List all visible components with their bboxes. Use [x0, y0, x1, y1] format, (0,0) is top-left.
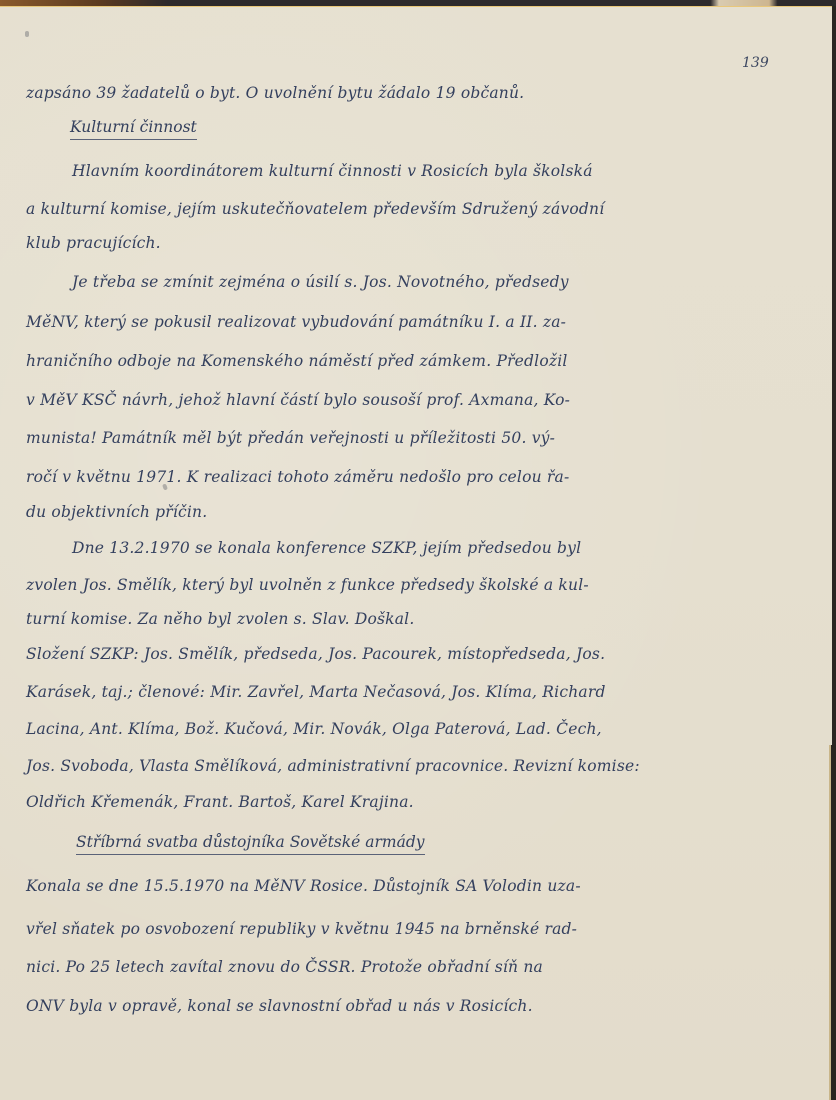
text-line: hraničního odboje na Komenského náměstí … — [26, 352, 568, 370]
text-line: ONV byla v opravě, konal se slavnostní o… — [26, 997, 533, 1015]
text-line: turní komise. Za něho byl zvolen s. Slav… — [26, 610, 414, 628]
text-line: Složení SZKP: Jos. Smělík, předseda, Jos… — [26, 645, 605, 663]
text-line: Dne 13.2.1970 se konala konference SZKP,… — [72, 539, 581, 557]
text-line: Hlavním koordinátorem kulturní činnosti … — [72, 162, 593, 180]
text-line: zvolen Jos. Smělík, který byl uvolněn z … — [26, 576, 589, 594]
text-line: munista! Památník měl být předán veřejno… — [26, 429, 555, 447]
manuscript-page: 139 zapsáno 39 žadatelů o byt. O uvolněn… — [0, 6, 832, 1100]
text-line: a kulturní komise, jejím uskutečňovatele… — [26, 200, 604, 218]
text-line: MěNV, který se pokusil realizovat vybudo… — [26, 313, 566, 331]
text-line: zapsáno 39 žadatelů o byt. O uvolnění by… — [26, 84, 524, 102]
text-line: ročí v květnu 1971. K realizaci tohoto z… — [26, 468, 569, 486]
text-line: nici. Po 25 letech zavítal znovu do ČSSR… — [26, 958, 543, 976]
text-line: Konala se dne 15.5.1970 na MěNV Rosice. … — [26, 877, 581, 895]
paper-speck — [25, 31, 29, 37]
text-line: Je třeba se zmínit zejména o úsilí s. Jo… — [72, 273, 569, 291]
text-line: Oldřich Křemenák, Frant. Bartoš, Karel K… — [26, 793, 414, 811]
scanner-background-edge — [829, 745, 836, 1100]
text-line: Karásek, taj.; členové: Mir. Zavřel, Mar… — [26, 683, 606, 701]
section-heading-kulturni-cinnost: Kulturní činnost — [70, 118, 197, 140]
text-line: vřel sňatek po osvobození republiky v kv… — [26, 920, 577, 938]
text-line: Lacina, Ant. Klíma, Bož. Kučová, Mir. No… — [26, 720, 602, 738]
text-line: v MěV KSČ návrh, jehož hlavní částí bylo… — [26, 391, 570, 409]
section-heading-stribrna-svatba: Stříbrná svatba důstojníka Sovětské armá… — [76, 833, 425, 855]
text-line: du objektivních příčin. — [26, 503, 207, 521]
page-number: 139 — [742, 55, 769, 71]
text-line: Jos. Svoboda, Vlasta Smělíková, administ… — [26, 757, 640, 775]
text-line: klub pracujících. — [26, 234, 161, 252]
